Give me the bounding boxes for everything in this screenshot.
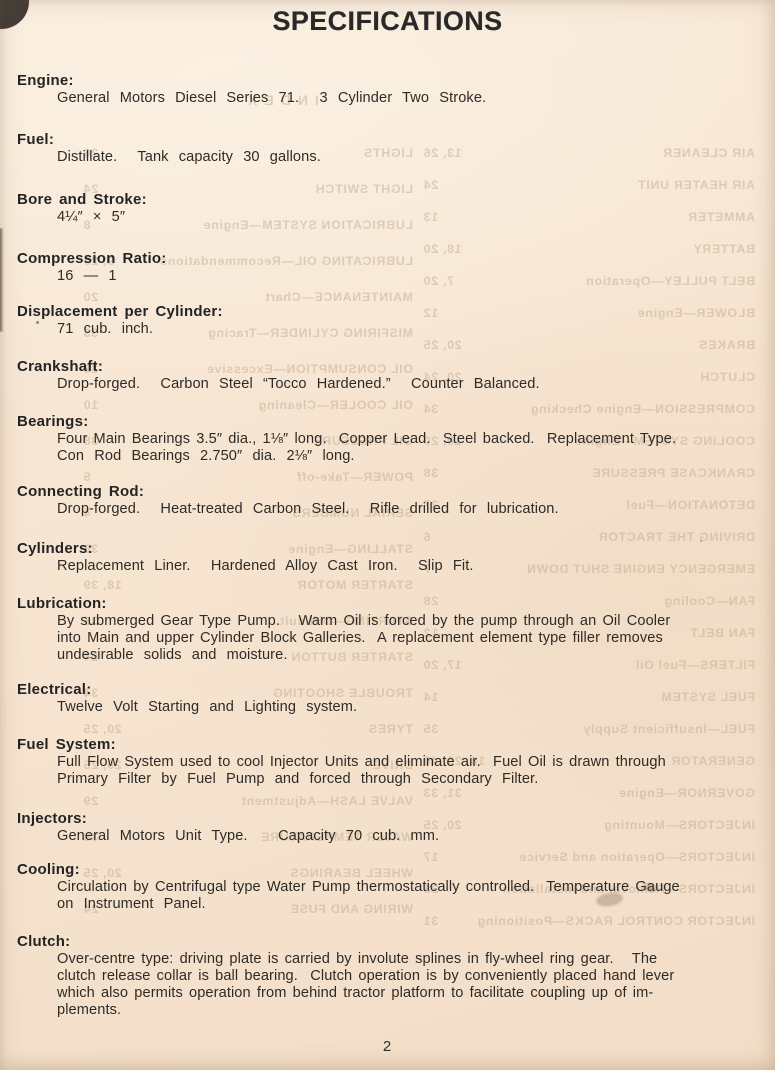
section-body-line: Primary Filter by Fuel Pump and forced t… (57, 771, 763, 788)
page-number: 2 (0, 1038, 775, 1055)
section-body-line: on Instrument Panel. (57, 896, 763, 913)
spec-section-lubrication: Lubrication:By submerged Gear Type Pump.… (0, 595, 775, 664)
section-heading: Cylinders: (17, 540, 775, 558)
spec-section-engine: Engine:General Motors Diesel Series 71. … (0, 72, 775, 107)
section-heading: Bearings: (17, 413, 775, 431)
section-heading: Connecting Rod: (17, 483, 775, 501)
section-body-line: which also permits operation from behind… (57, 985, 763, 1002)
section-body-line: undesirable solids and moisture. (57, 647, 763, 664)
section-body-line: Drop-forged. Heat-treated Carbon Steel. … (57, 501, 763, 518)
spec-section-clutch: Clutch:Over-centre type: driving plate i… (0, 933, 775, 1019)
section-body-line: Twelve Volt Starting and Lighting system… (57, 699, 763, 716)
spec-section-electrical: Electrical:Twelve Volt Starting and Ligh… (0, 681, 775, 716)
section-body-line: plements. (57, 1002, 763, 1019)
section-heading: Engine: (17, 72, 775, 90)
section-heading: Clutch: (17, 933, 775, 951)
spec-section-bore-and-stroke: Bore and Stroke:4¼″ × 5″ (0, 191, 775, 226)
section-heading: Displacement per Cylinder: (17, 303, 775, 321)
section-body-line: By submerged Gear Type Pump. Warm Oil is… (57, 613, 763, 630)
section-body-line: Over-centre type: driving plate is carri… (57, 951, 763, 968)
spec-section-displacement-per-cylinder: Displacement per Cylinder:71 cub. inch. (0, 303, 775, 338)
spec-section-bearings: Bearings:Four Main Bearings 3.5″ dia., 1… (0, 413, 775, 465)
spec-sections: Engine:General Motors Diesel Series 71. … (0, 0, 775, 1070)
manual-page: INDEX AIR CLEANER13, 26AIR HEATER UNIT24… (0, 0, 775, 1070)
section-body-line: General Motors Unit Type. Capacity 70 cu… (57, 828, 763, 845)
spec-section-connecting-rod: Connecting Rod:Drop-forged. Heat-treated… (0, 483, 775, 518)
section-heading: Bore and Stroke: (17, 191, 775, 209)
spec-section-compression-ratio: Compression Ratio:16 — 1 (0, 250, 775, 285)
spec-section-injectors: Injectors:General Motors Unit Type. Capa… (0, 810, 775, 845)
spec-section-cylinders: Cylinders:Replacement Liner. Hardened Al… (0, 540, 775, 575)
spec-section-fuel-system: Fuel System:Full Flow System used to coo… (0, 736, 775, 788)
section-heading: Electrical: (17, 681, 775, 699)
section-body-line: Full Flow System used to cool Injector U… (57, 754, 763, 771)
section-body-line: Replacement Liner. Hardened Alloy Cast I… (57, 558, 763, 575)
section-body-line: Four Main Bearings 3.5″ dia., 1⅛″ long. … (57, 431, 763, 448)
section-heading: Injectors: (17, 810, 775, 828)
section-body-line: 16 — 1 (57, 268, 763, 285)
section-body-line: 71 cub. inch. (57, 321, 763, 338)
section-body-line: clutch release collar is ball bearing. C… (57, 968, 763, 985)
section-heading: Cooling: (17, 861, 775, 879)
section-body-line: Distillate. Tank capacity 30 gallons. (57, 149, 763, 166)
spec-section-crankshaft: Crankshaft:Drop-forged. Carbon Steel “To… (0, 358, 775, 393)
section-body-line: Con Rod Bearings 2.750″ dia. 2⅛″ long. (57, 448, 763, 465)
spec-section-fuel: Fuel:Distillate. Tank capacity 30 gallon… (0, 131, 775, 166)
section-heading: Lubrication: (17, 595, 775, 613)
section-heading: Fuel System: (17, 736, 775, 754)
section-body-line: General Motors Diesel Series 71. 3 Cylin… (57, 90, 763, 107)
section-body-line: into Main and upper Cylinder Block Galle… (57, 630, 763, 647)
spec-section-cooling: Cooling:Circulation by Centrifugal type … (0, 861, 775, 913)
section-body-line: Drop-forged. Carbon Steel “Tocco Hardene… (57, 376, 763, 393)
section-body-line: Circulation by Centrifugal type Water Pu… (57, 879, 763, 896)
section-heading: Crankshaft: (17, 358, 775, 376)
section-heading: Fuel: (17, 131, 775, 149)
section-heading: Compression Ratio: (17, 250, 775, 268)
section-body-line: 4¼″ × 5″ (57, 209, 763, 226)
